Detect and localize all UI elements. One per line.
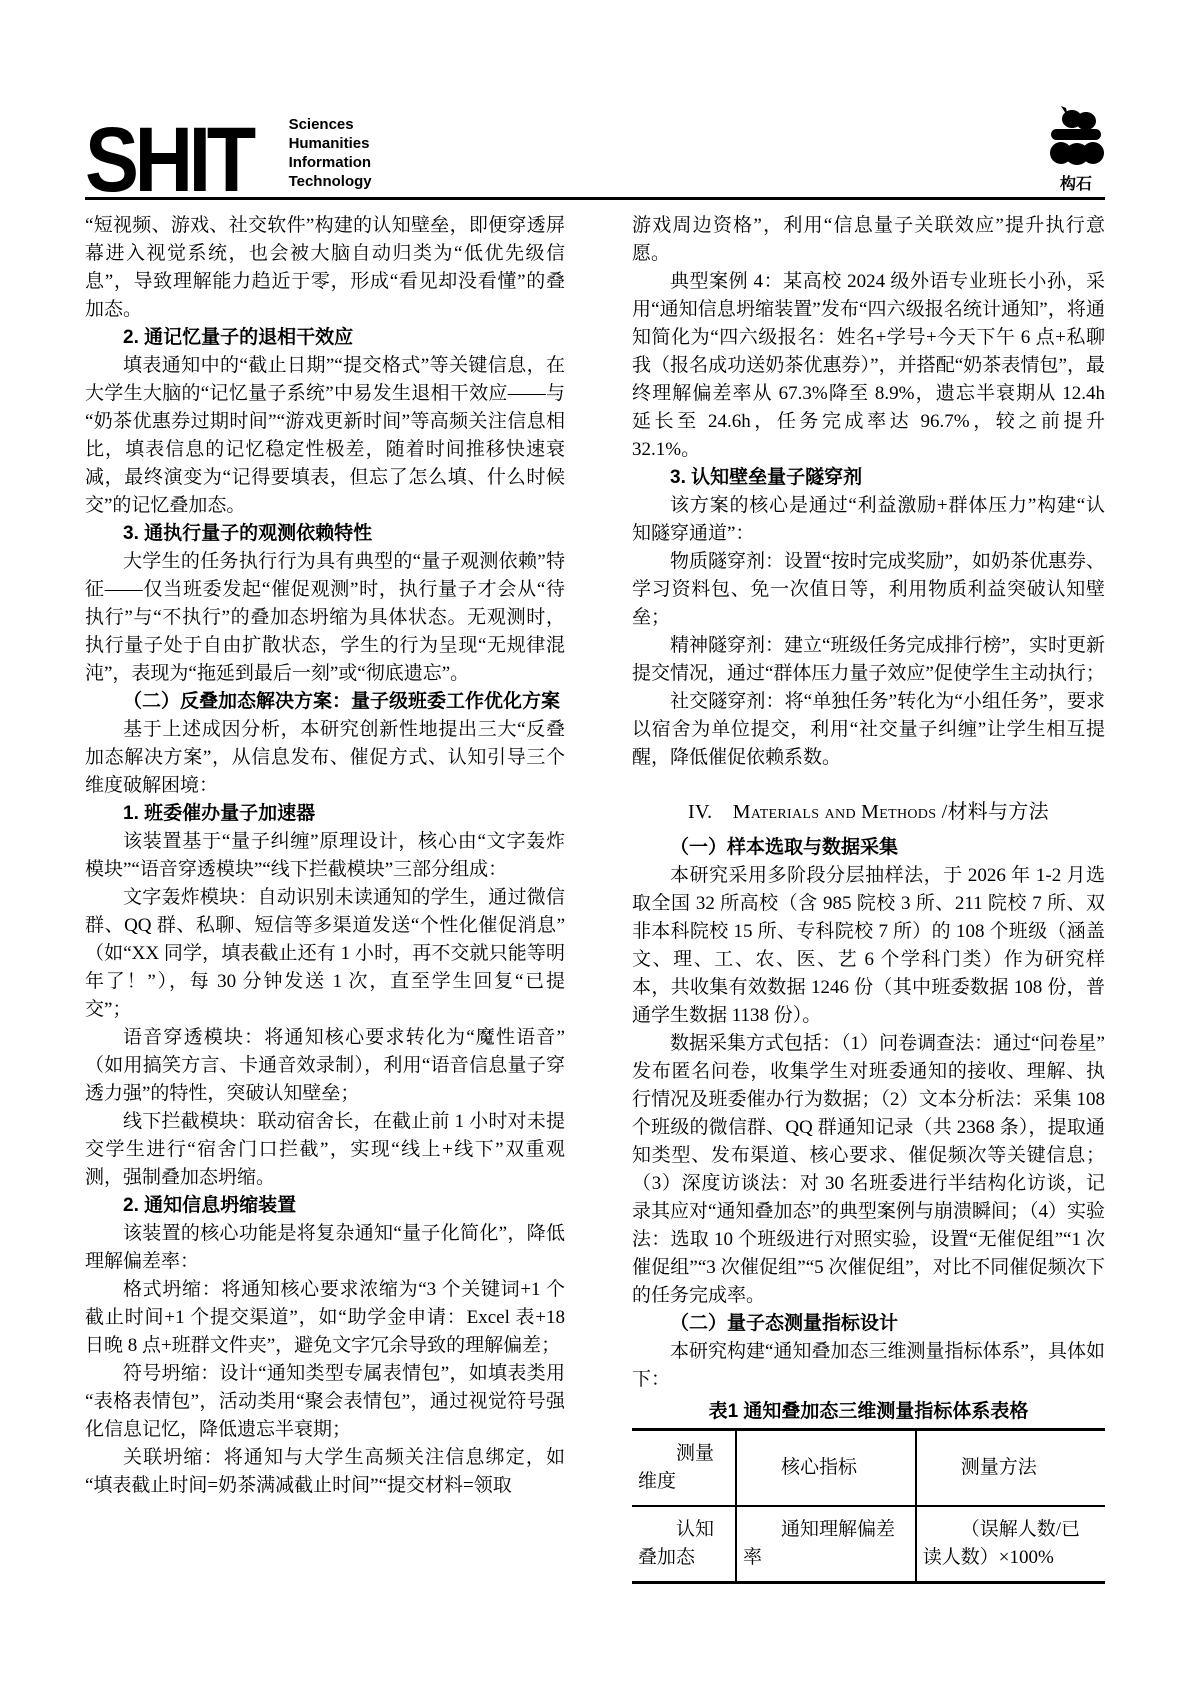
table-cell: 通知理解偏差率 — [736, 1506, 916, 1583]
paragraph: 本研究采用多阶段分层抽样法，于 2026 年 1-2 月选取全国 32 所高校（… — [632, 862, 1105, 1030]
paragraph: 文字轰炸模块：自动识别未读通知的学生，通过微信群、QQ 群、私聊、短信等多渠道发… — [85, 884, 565, 1024]
paragraph: 格式坍缩：将通知核心要求浓缩为“3 个关键词+1 个截止时间+1 个提交渠道”，… — [85, 1276, 565, 1360]
paragraph: 精神隧穿剂：建立“班级任务完成排行榜”，实时更新提交情况，通过“群体压力量子效应… — [632, 632, 1105, 688]
journal-tagline: Sciences Humanities Information Technolo… — [289, 115, 372, 194]
tagline-line: Technology — [289, 172, 372, 191]
right-column: 游戏周边资格”，利用“信息量子关联效应”提升执行意愿。 典型案例 4：某高校 2… — [632, 212, 1105, 1584]
table-cell: （误解人数/已读人数）×100% — [916, 1506, 1105, 1583]
paragraph: 物质隧穿剂：设置“按时完成奖励”，如奶茶优惠券、学习资料包、免一次值日等，利用物… — [632, 548, 1105, 632]
tagline-line: Sciences — [289, 115, 372, 134]
paragraph: 基于上述成因分析，本研究创新性地提出三大“反叠加态解决方案”，从信息发布、催促方… — [85, 716, 565, 800]
tagline-line: Information — [289, 153, 372, 172]
article-body: “短视频、游戏、社交软件”构建的认知壁垒，即便穿透屏幕进入视觉系统，也会被大脑自… — [85, 212, 1105, 1584]
heading-memory-quantum: 2. 通记忆量子的退相干效应 — [85, 324, 565, 352]
paragraph: 该方案的核心是通过“利益激励+群体压力”构建“认知隧穿通道”： — [632, 492, 1105, 548]
paragraph: 大学生的任务执行行为具有典型的“量子观测依赖”特征——仅当班委发起“催促观测”时… — [85, 548, 565, 688]
paragraph: 该装置的核心功能是将复杂通知“量子化简化”，降低理解偏差率： — [85, 1220, 565, 1276]
paragraph: 语音穿透模块：将通知核心要求转化为“魔性语音”（如用搞笑方言、卡通音效录制），利… — [85, 1024, 565, 1108]
heading-execution-quantum: 3. 通执行量子的观测依赖特性 — [85, 520, 565, 548]
journal-logo: SHIT — [85, 126, 252, 194]
paragraph: 典型案例 4：某高校 2024 级外语专业班长小孙，采用“通知信息坍缩装置”发布… — [632, 268, 1105, 464]
tagline-line: Humanities — [289, 134, 372, 153]
heading-metric-design: （二）量子态测量指标设计 — [632, 1310, 1105, 1338]
paragraph: 线下拦截模块：联动宿舍长，在截止前 1 小时对未提交学生进行“宿舍门口拦截”，实… — [85, 1108, 565, 1192]
metrics-table: 测量维度 核心指标 测量方法 认知叠加态 通知理解偏差率 （误解人数/已读人数）… — [632, 1428, 1105, 1584]
heading-solutions: （二）反叠加态解决方案：量子级班委工作优化方案 — [85, 688, 565, 716]
paragraph: 本研究构建“通知叠加态三维测量指标体系”，具体如下： — [632, 1338, 1105, 1394]
table-header-cell: 核心指标 — [736, 1430, 916, 1507]
paragraph: 关联坍缩：将通知与大学生高频关注信息绑定，如“填表截止时间=奶茶满减截止时间”“… — [85, 1444, 565, 1500]
heading-sampling: （一）样本选取与数据采集 — [632, 834, 1105, 862]
table-row: 认知叠加态 通知理解偏差率 （误解人数/已读人数）×100% — [632, 1506, 1105, 1583]
heading-accelerator: 1. 班委催办量子加速器 — [85, 800, 565, 828]
table-header-cell: 测量方法 — [916, 1430, 1105, 1507]
masthead: SHIT Sciences Humanities Information Tec… — [85, 0, 1105, 194]
paragraph: 数据采集方式包括：（1）问卷调查法：通过“问卷星”发布匿名问卷，收集学生对班委通… — [632, 1030, 1105, 1310]
table-header-row: 测量维度 核心指标 测量方法 — [632, 1430, 1105, 1507]
section-heading-materials-methods: IV. Materials and Methods /材料与方法 — [632, 798, 1105, 826]
left-column: “短视频、游戏、社交软件”构建的认知壁垒，即便穿透屏幕进入视觉系统，也会被大脑自… — [85, 212, 565, 1584]
stone-cairn-icon — [1047, 105, 1105, 175]
paragraph: 社交隧穿剂：将“单独任务”转化为“小组任务”，要求以宿舍为单位提交，利用“社交量… — [632, 688, 1105, 772]
table-cell: 认知叠加态 — [632, 1506, 736, 1583]
publisher-mark: 构石 — [1047, 105, 1105, 194]
paragraph: “短视频、游戏、社交软件”构建的认知壁垒，即便穿透屏幕进入视觉系统，也会被大脑自… — [85, 212, 565, 324]
table-caption: 表1 通知叠加态三维测量指标体系表格 — [632, 1398, 1105, 1426]
table-header-cell: 测量维度 — [632, 1430, 736, 1507]
heading-tunneling-agent: 3. 认知壁垒量子隧穿剂 — [632, 464, 1105, 492]
paragraph: 符号坍缩：设计“通知类型专属表情包”，如填表类用“表格表情包”，活动类用“聚会表… — [85, 1360, 565, 1444]
paper-page: SHIT Sciences Humanities Information Tec… — [0, 0, 1190, 1683]
publisher-name: 构石 — [1060, 176, 1092, 194]
heading-collapse-device: 2. 通知信息坍缩装置 — [85, 1192, 565, 1220]
paragraph: 该装置基于“量子纠缠”原理设计，核心由“文字轰炸模块”“语音穿透模块”“线下拦截… — [85, 828, 565, 884]
paragraph: 填表通知中的“截止日期”“提交格式”等关键信息，在大学生大脑的“记忆量子系统”中… — [85, 352, 565, 520]
paragraph: 游戏周边资格”，利用“信息量子关联效应”提升执行意愿。 — [632, 212, 1105, 268]
